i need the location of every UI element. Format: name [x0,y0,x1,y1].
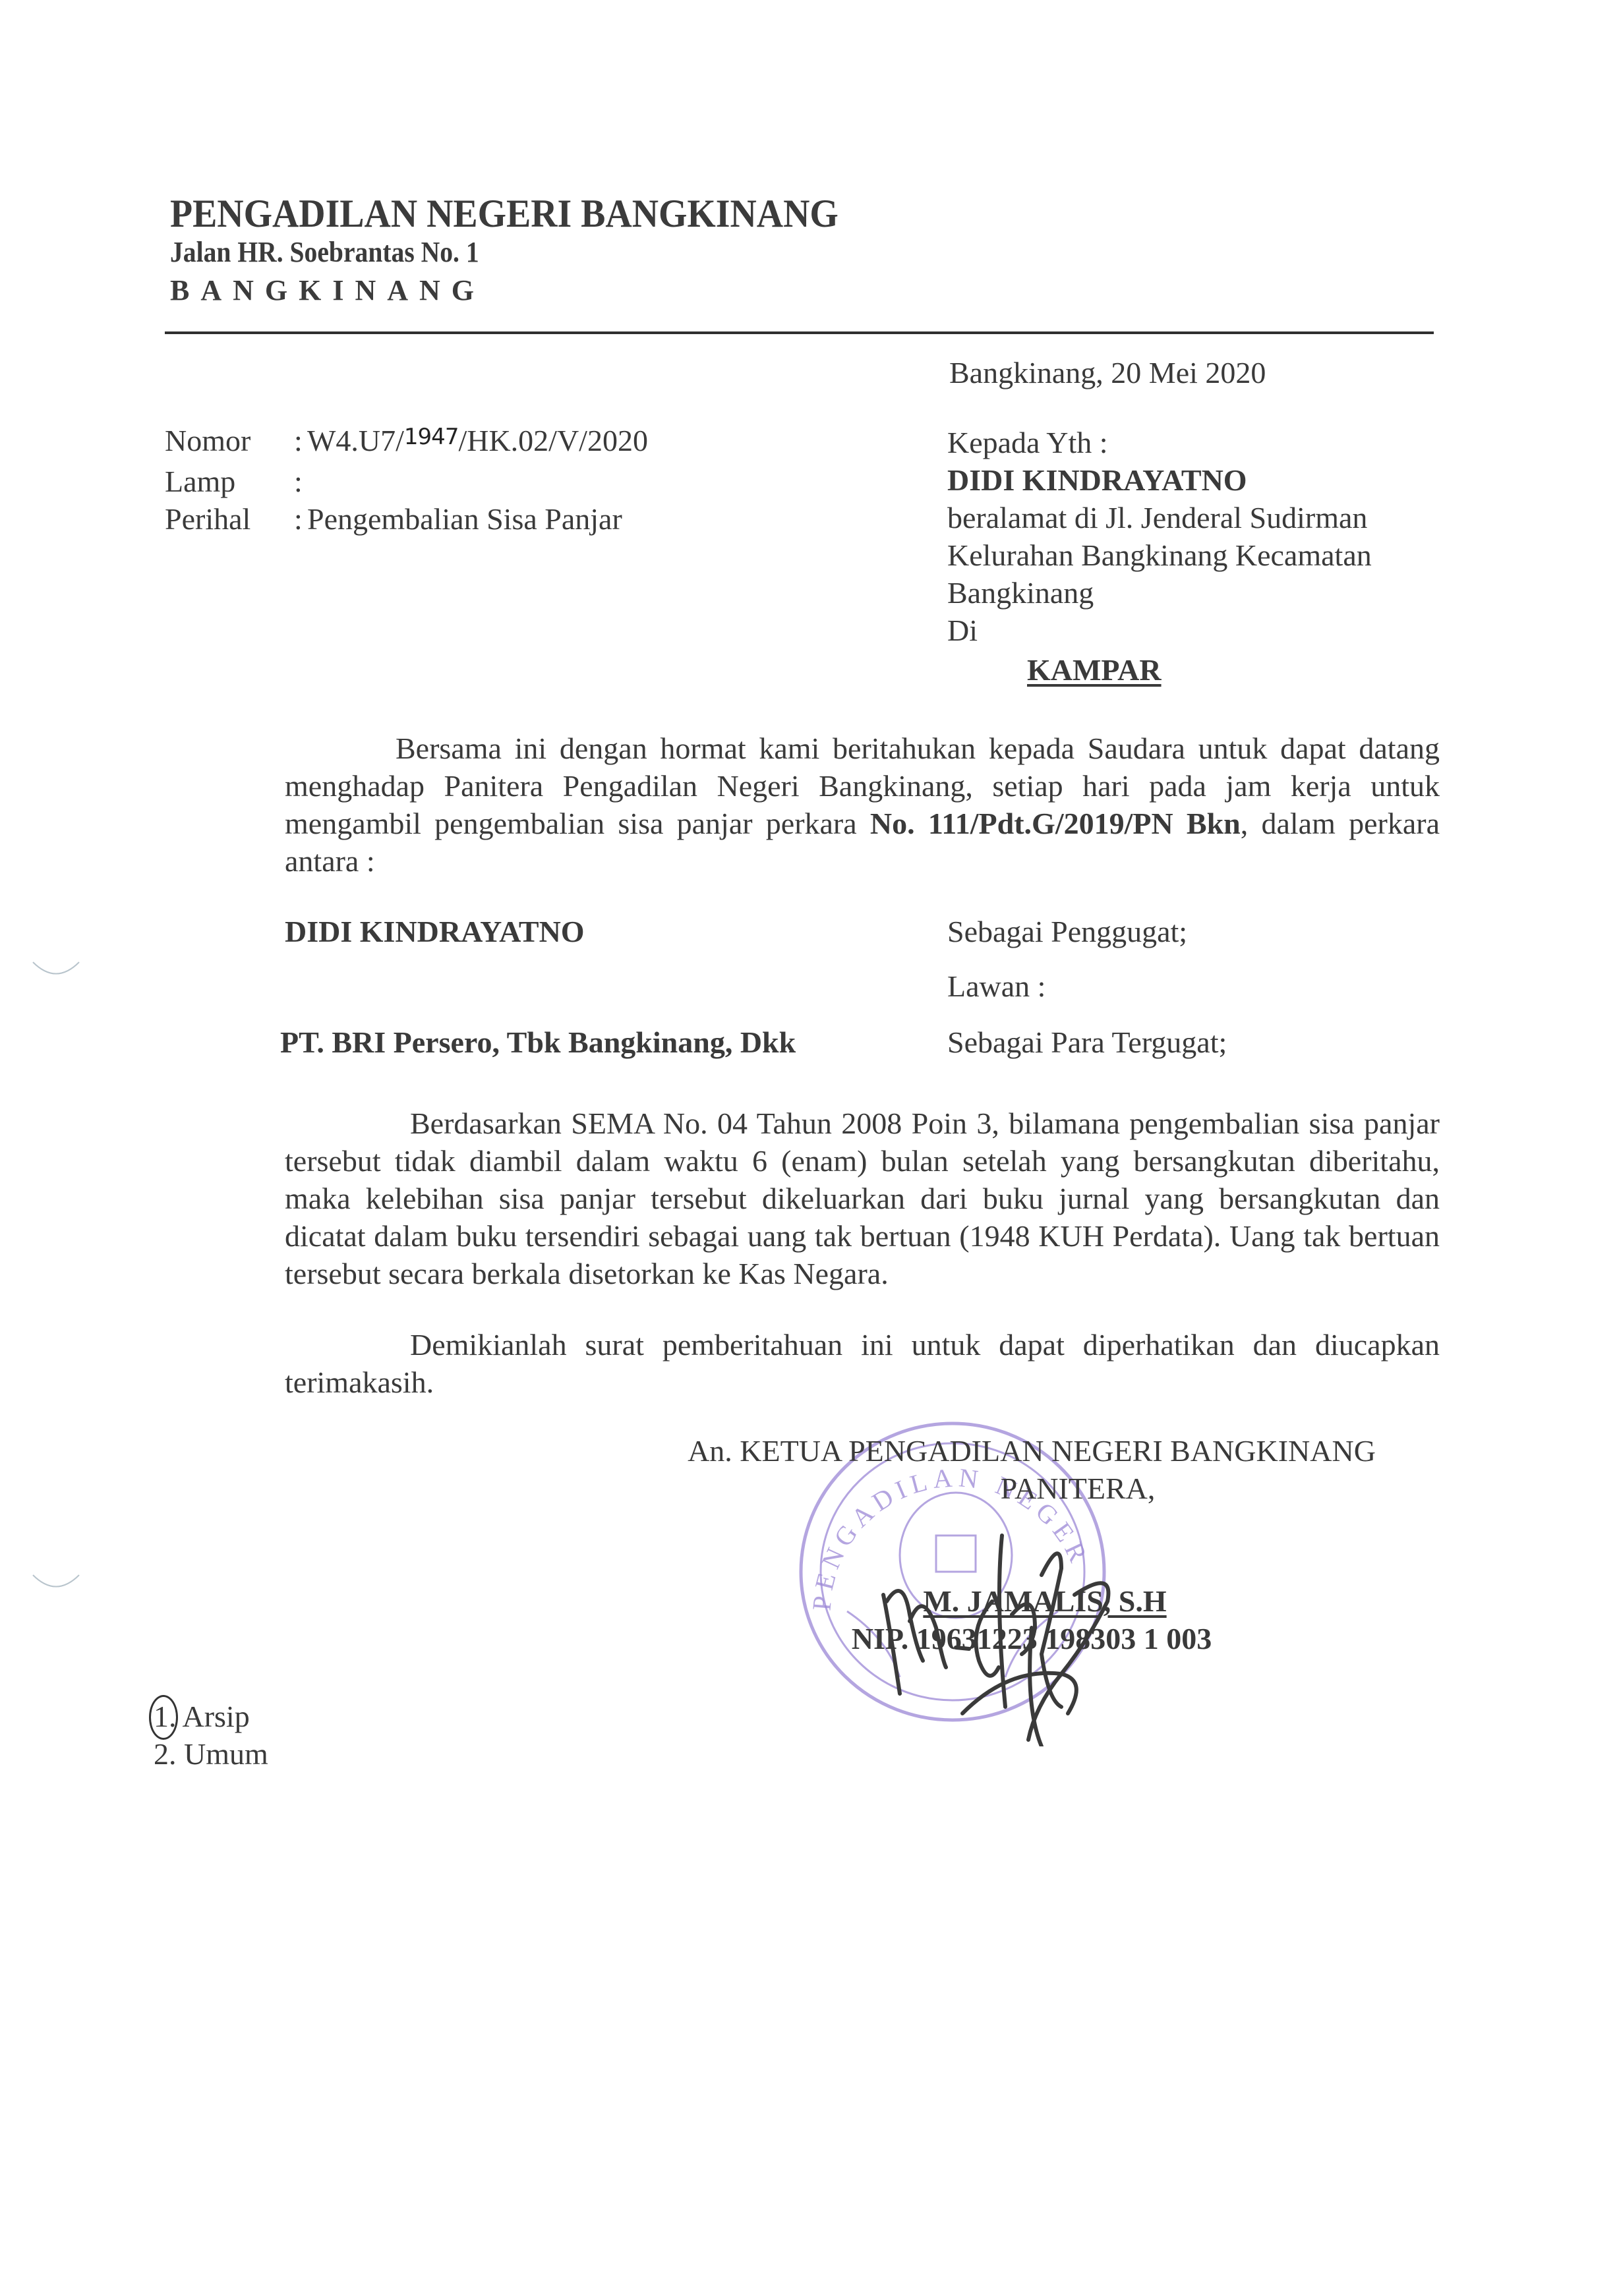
recipient-address-line: Kelurahan Bangkinang Kecamatan [947,536,1372,574]
party-defendant-name: PT. BRI Persero, Tbk Bangkinang, Dkk [280,1023,796,1061]
recipient-address-line: Bangkinang [947,574,1372,612]
punch-hole-mark-icon [30,959,82,985]
letter-meta: Nomor : W4.U7/1947/HK.02/V/2020 Lamp : P… [165,422,648,538]
recipient-city: KAMPAR [1027,651,1162,689]
copies-list: 1. Arsip 2. Umum [154,1698,268,1773]
nomor-label: Nomor [165,422,294,463]
punch-hole-mark-icon [30,1572,82,1598]
party-versus: Lawan : [947,967,1045,1005]
signatory-on-behalf: An. KETUA PENGADILAN NEGERI BANGKINANG [653,1432,1411,1470]
perihal-value: Pengembalian Sisa Panjar [307,500,622,538]
party-plaintiff-role: Sebagai Penggugat; [947,913,1187,950]
copy-item: 1. Arsip [154,1698,268,1735]
court-name: PENGADILAN NEGERI BANGKINANG [170,191,839,237]
nomor-value: W4.U7/1947/HK.02/V/2020 [307,422,648,463]
copy-label: Arsip [182,1700,249,1733]
recipient-salutation: Kepada Yth : [947,424,1372,461]
paragraph-regulation: Berdasarkan SEMA No. 04 Tahun 2008 Poin … [285,1105,1440,1292]
recipient-di: Di [947,612,1372,649]
court-address: Jalan HR. Soebrantas No. 1 [170,235,479,269]
nomor-separator: : [294,422,307,463]
circle-mark-icon [149,1695,178,1740]
meta-lamp: Lamp : [165,463,648,500]
court-city: BANGKINANG [170,273,485,307]
paragraph-closing: Demikianlah surat pemberitahuan ini untu… [285,1326,1440,1401]
nomor-suffix: /HK.02/V/2020 [458,424,648,457]
recipient-address-line: beralamat di Jl. Jenderal Sudirman [947,499,1372,536]
case-number: No. 111/Pdt.G/2019/PN Bkn [870,807,1241,840]
perihal-separator: : [294,500,307,538]
nomor-handwritten: 1947 [404,424,459,450]
meta-perihal: Perihal : Pengembalian Sisa Panjar [165,500,648,538]
copy-item: 2. Umum [154,1735,268,1773]
handwritten-signature-icon [864,1496,1193,1746]
lamp-label: Lamp [165,463,294,500]
meta-nomor: Nomor : W4.U7/1947/HK.02/V/2020 [165,422,648,463]
party-defendant-role: Sebagai Para Tergugat; [947,1023,1227,1061]
recipient-block: Kepada Yth : DIDI KINDRAYATNO beralamat … [947,424,1372,649]
perihal-label: Perihal [165,500,294,538]
letter-date: Bangkinang, 20 Mei 2020 [949,354,1266,391]
lamp-separator: : [294,463,307,500]
nomor-prefix: W4.U7/ [307,424,404,457]
letterhead-divider [165,331,1434,334]
copy-label: Umum [184,1737,268,1771]
paragraph-notification: Bersama ini dengan hormat kami beritahuk… [285,730,1440,880]
paragraph-text: Demikianlah surat pemberitahuan ini untu… [285,1328,1440,1399]
recipient-name: DIDI KINDRAYATNO [947,461,1372,499]
paragraph-text: Berdasarkan SEMA No. 04 Tahun 2008 Poin … [285,1106,1440,1290]
copy-number: 2. [154,1737,177,1771]
party-plaintiff-name: DIDI KINDRAYATNO [285,913,585,950]
